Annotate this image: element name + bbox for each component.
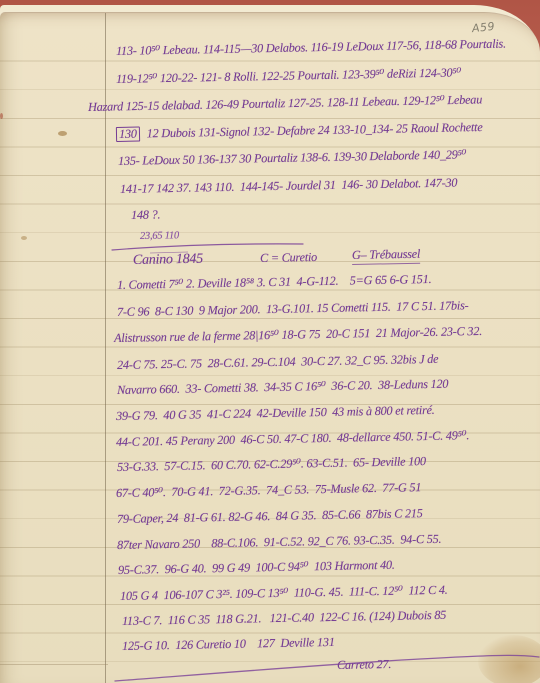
boxed-lot-number: 130 xyxy=(116,127,140,142)
manuscript-line: 148 ?. xyxy=(131,207,161,222)
legend-g: G– Trébaussel xyxy=(352,247,420,265)
stain-small xyxy=(21,236,27,240)
stain-small xyxy=(0,113,3,119)
total-figure: 23,65 110 xyxy=(140,230,179,243)
stain-large xyxy=(478,635,540,683)
stain-small xyxy=(58,131,67,136)
footer-line: Carreto 27. xyxy=(337,657,391,673)
page-edge-line xyxy=(0,664,108,665)
manuscript-paper: A59 113- 10⁵⁰ Lebeau. 114-115—30 Delabos… xyxy=(0,12,540,683)
section-title: Canino 1845 xyxy=(133,252,203,270)
legend-c: C = Curetio xyxy=(260,250,317,266)
corner-label: A59 xyxy=(471,20,495,35)
